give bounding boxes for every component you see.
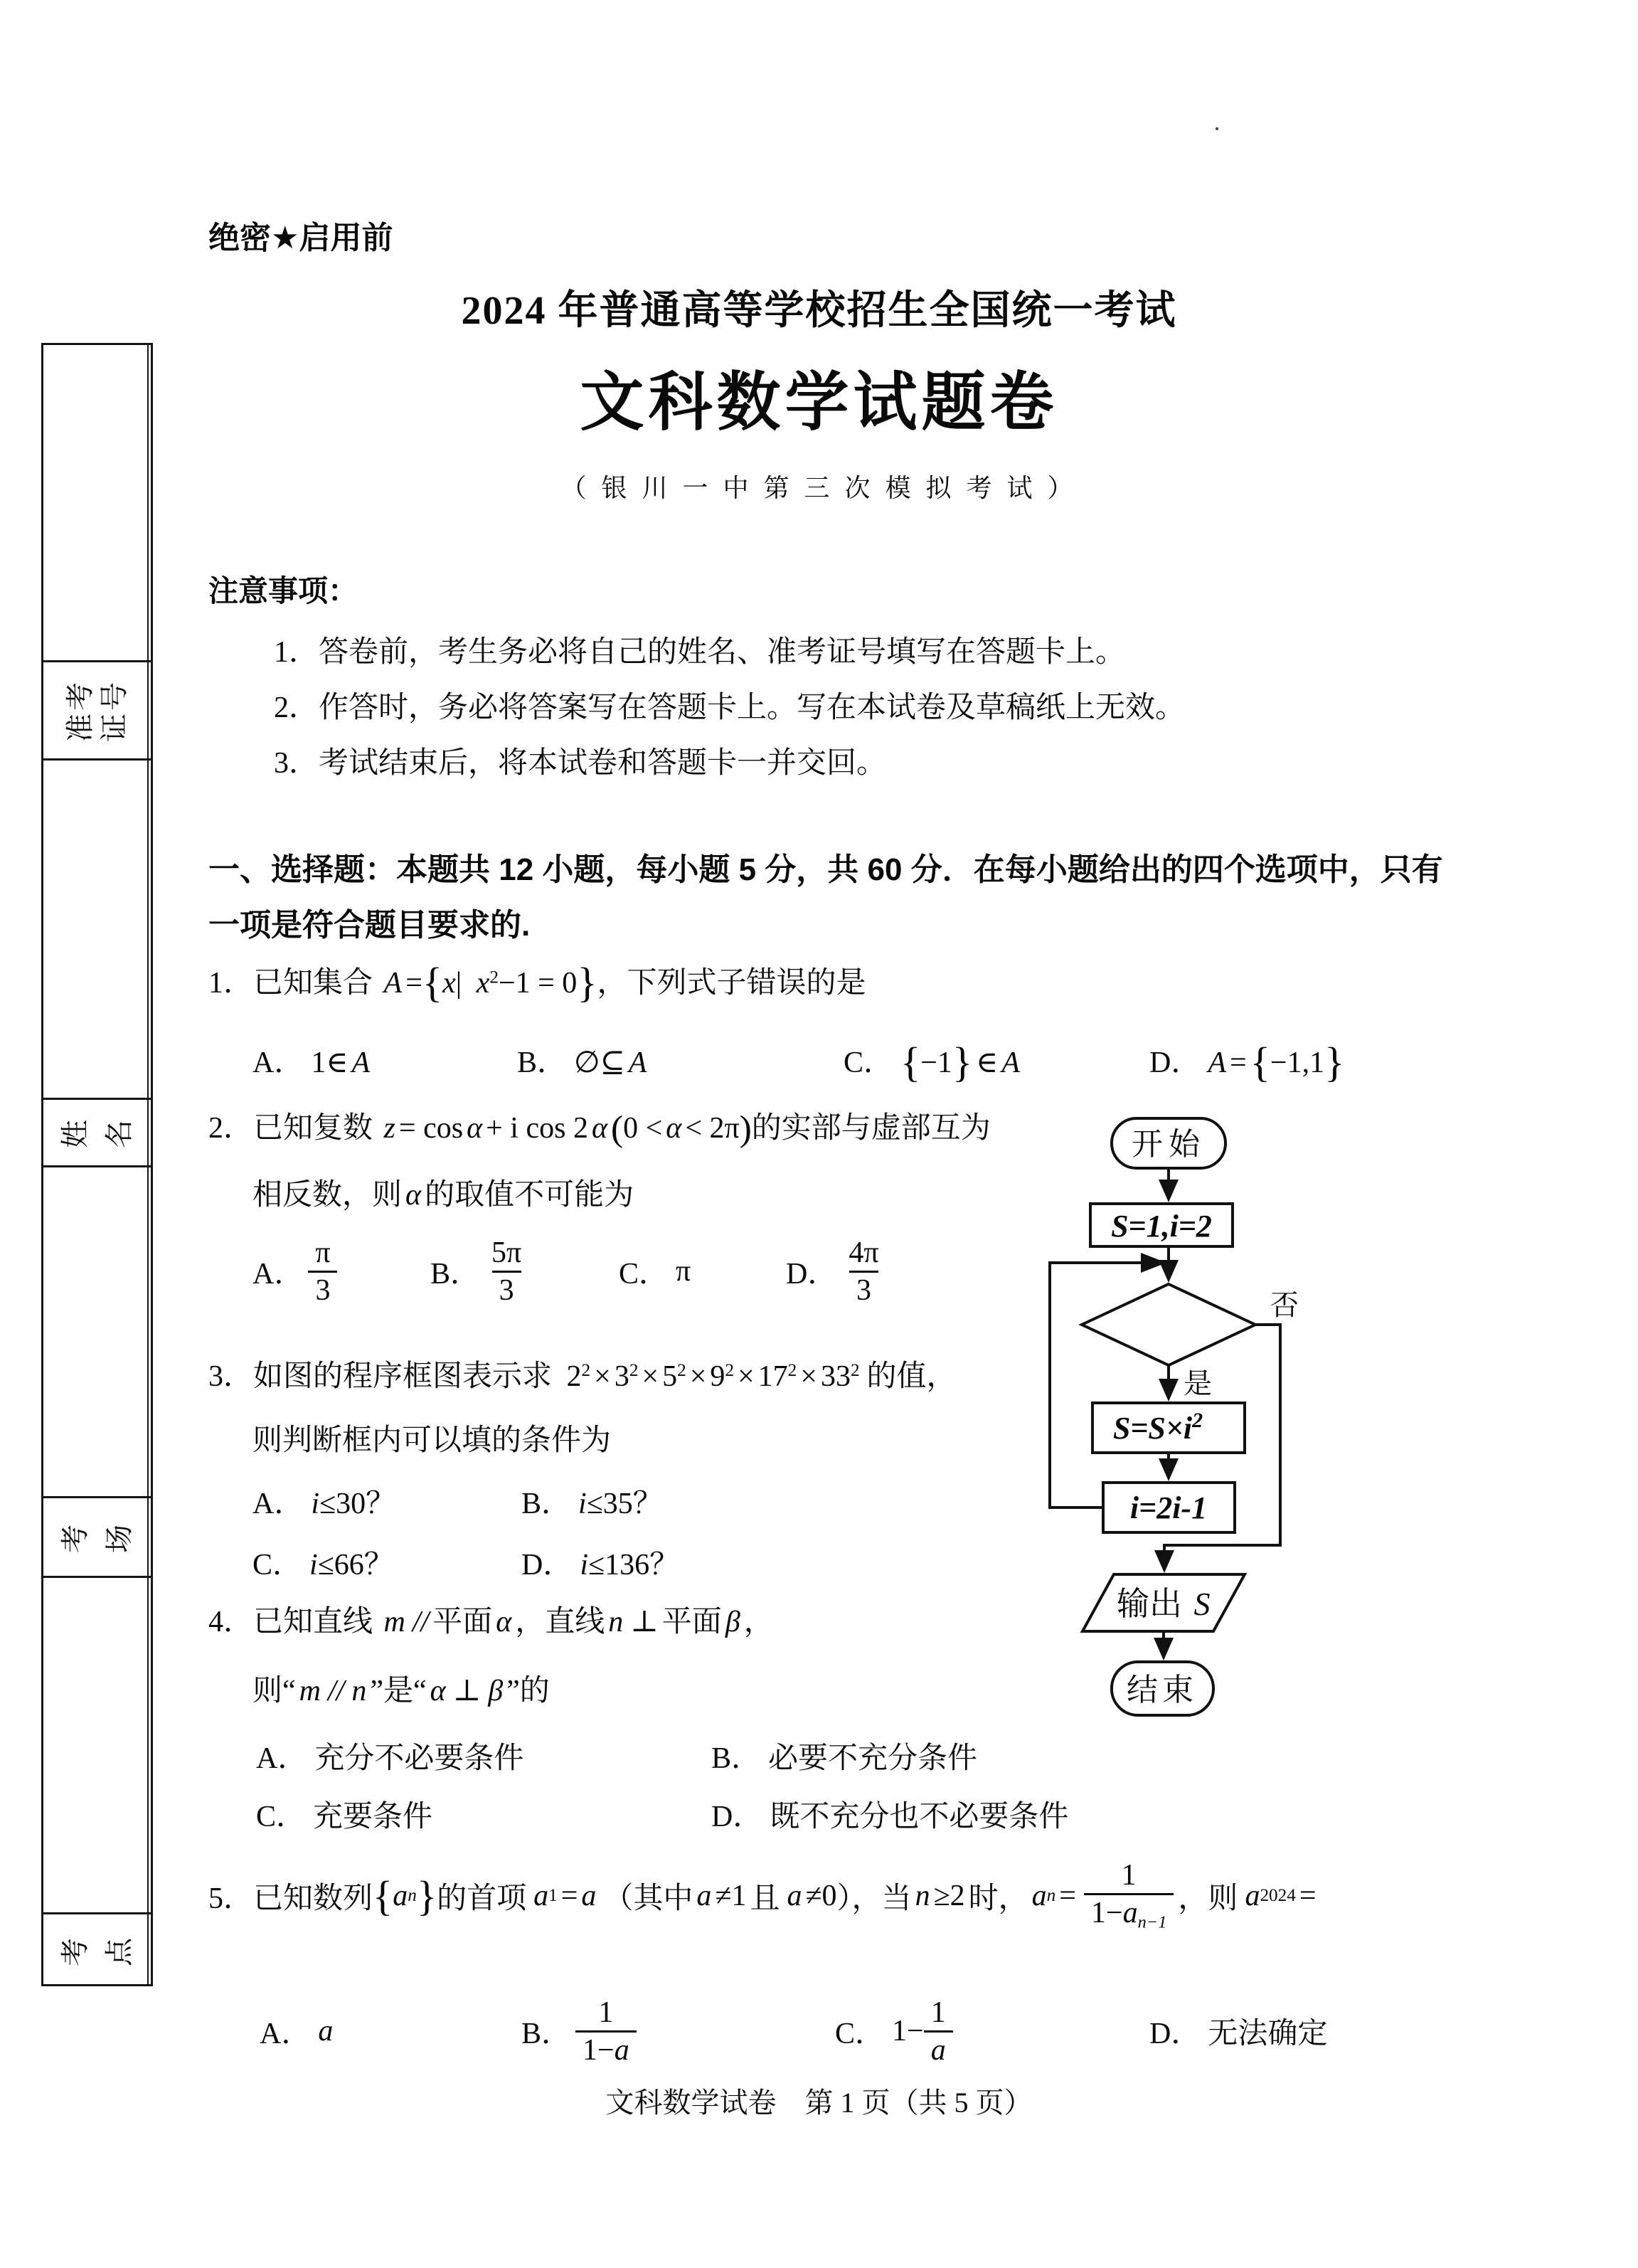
option-label: C．	[252, 1549, 302, 1581]
question-4-stem-line1: 4．已知直线 m//平面α，直线n⊥平面β，	[208, 1598, 774, 1641]
math-token: ，直线	[515, 1606, 605, 1638]
math-token: a	[581, 1879, 596, 1913]
option-label: A．	[256, 1742, 307, 1775]
fraction-numerator: 4π	[841, 1238, 886, 1271]
question-3-option-b: B．i≤35？	[521, 1480, 663, 1522]
math-token: )	[740, 1108, 752, 1149]
question-number: 1．	[208, 967, 253, 1000]
question-2-option-b: B． 5π3	[430, 1229, 533, 1313]
fraction: 1a	[924, 1998, 953, 2065]
math-token: （其中	[603, 1875, 693, 1917]
math-token: (	[611, 1108, 623, 1149]
question-3-option-d: D．i≤136？	[521, 1541, 679, 1584]
math-token: 则“	[252, 1675, 296, 1707]
math-token: {	[900, 1039, 920, 1086]
math-token: x	[477, 967, 490, 1000]
math-token: 0 <	[623, 1112, 662, 1145]
notice-item-1: 1．答卷前，考生务必将自己的姓名、准考证号填写在答题卡上。	[274, 628, 1125, 671]
exam-title: 2024 年普通高等学校招生全国统一考试	[0, 279, 1638, 336]
option-label: D．	[786, 1250, 837, 1293]
option-label: B．	[711, 1742, 761, 1775]
math-token: a	[1032, 1879, 1047, 1913]
math-token: 33	[821, 1360, 851, 1393]
math-token: 如图的程序框图表示求	[253, 1360, 552, 1393]
math-token: 的首项	[437, 1875, 526, 1917]
math-token: n	[351, 1675, 366, 1707]
seal-label-line: 考	[53, 1522, 97, 1553]
math-token: ≠0	[805, 1879, 836, 1913]
math-token: 2	[629, 1361, 639, 1380]
notice-item-3: 3．考试结束后，将本试卷和答题卡一并交回。	[274, 739, 886, 782]
math-token: −1 = 0	[499, 967, 577, 1000]
option-label: B．	[430, 1250, 480, 1293]
math-token: A	[1001, 1046, 1020, 1079]
seal-label-line: 场	[97, 1522, 142, 1553]
option-text: 充要条件	[313, 1801, 432, 1833]
flowchart-no-label: 否	[1270, 1289, 1299, 1321]
seal-label-line: 姓	[53, 1117, 97, 1148]
arrow-down-icon	[1159, 1379, 1179, 1401]
math-token: −1,1	[1270, 1046, 1324, 1079]
math-token: π	[676, 1254, 691, 1288]
math-token: 1−	[892, 2014, 924, 2048]
math-token: 已知集合	[253, 967, 373, 1000]
seal-label-line: 点	[97, 1935, 142, 1966]
fraction-numerator: π	[308, 1238, 337, 1271]
question-1-option-a: A．1∈A	[252, 1039, 373, 1081]
question-1-option-b: B．∅⊆A	[517, 1039, 650, 1081]
question-4-stem-line2: 则“m//n”是“α⊥β”的	[252, 1667, 550, 1710]
math-token: =	[1299, 1879, 1317, 1913]
math-token: ≠1	[715, 1879, 746, 1913]
option-label: C．	[835, 2010, 885, 2052]
math-token: 1−	[583, 2034, 615, 2067]
question-3-option-a: A．i≤30？	[252, 1480, 395, 1522]
math-token: α	[666, 1112, 681, 1145]
option-text: 充分不必要条件	[314, 1742, 523, 1775]
math-token: + i cos 2	[486, 1112, 588, 1145]
option-text: 既不充分也不必要条件	[770, 1801, 1068, 1833]
seal-label-line: 名	[97, 1117, 142, 1148]
math-token: x	[442, 967, 456, 1000]
option-label: C．	[256, 1801, 306, 1833]
math-token: ”是“	[370, 1675, 426, 1707]
math-token: 相反数，则	[252, 1179, 402, 1212]
math-token: n	[1047, 1886, 1056, 1906]
question-2-option-a: A． π3	[252, 1229, 342, 1313]
question-4-option-c: C．充要条件	[256, 1793, 432, 1835]
math-token: a	[533, 1879, 548, 1913]
option-label: A．	[260, 2010, 311, 2052]
math-token: 2	[567, 1360, 582, 1393]
question-number: 3．	[208, 1360, 253, 1393]
math-token: ，	[744, 1606, 774, 1638]
math-token: 2	[489, 968, 499, 987]
option-label: A．	[252, 1046, 304, 1079]
fraction: 5π3	[484, 1238, 528, 1305]
fraction: π3	[308, 1238, 337, 1305]
math-token: n	[608, 1606, 623, 1638]
option-label: A．	[252, 1488, 304, 1520]
seal-label-exam-site: 考 点	[43, 1912, 151, 1986]
math-token: i	[311, 1488, 319, 1520]
question-number: 2．	[208, 1112, 253, 1145]
math-token: a	[696, 1879, 711, 1913]
math-token: z	[384, 1112, 395, 1145]
math-token: =	[561, 1879, 578, 1913]
option-text: 必要不充分条件	[768, 1742, 977, 1775]
arrow-down-icon	[1154, 1550, 1174, 1573]
question-5-stem: 5．已知数列{an}的首项a1=a（其中a≠1且a≠0），当n≥2时，an=11…	[208, 1850, 1320, 1942]
option-label: B．	[521, 1488, 571, 1520]
math-token: α	[405, 1179, 421, 1212]
math-token: 9	[710, 1360, 725, 1393]
math-token: ⊥	[630, 1606, 659, 1638]
flowchart-diagram: 开始 S=1,i=2 否 是 S=S×i2 i=2i-1 输出 S 结束	[1024, 1101, 1330, 1734]
arrow-right-icon	[1141, 1253, 1166, 1273]
math-token: 2	[1191, 1409, 1203, 1432]
math-token: n	[915, 1879, 930, 1913]
math-token: ”的	[506, 1675, 550, 1707]
math-token: =	[1059, 1879, 1076, 1913]
math-token: ×	[738, 1360, 755, 1393]
notice-item-2: 2．作答时，务必将答案写在答题卡上。写在本试卷及草稿纸上无效。	[274, 684, 1185, 726]
math-token: }	[1324, 1039, 1344, 1086]
math-token: S=S×i	[1113, 1411, 1193, 1446]
math-token: α	[467, 1112, 482, 1145]
exam-paper-page: 绝密★启用前 · 2024 年普通高等学校招生全国统一考试 文科数学试题卷 （ …	[0, 0, 1638, 2268]
math-token: a	[615, 2034, 629, 2067]
flowchart-step2-label: i=2i-1	[1130, 1490, 1207, 1525]
math-token: //	[413, 1606, 429, 1638]
option-text: 无法确定	[1208, 2010, 1327, 2052]
arrow-down-icon	[1159, 1180, 1179, 1202]
math-token: a	[1123, 1897, 1138, 1929]
fraction-denominator: 3	[849, 1271, 878, 1305]
seal-label-line: 准考	[63, 679, 97, 742]
flowchart-yes-label: 是	[1184, 1367, 1212, 1399]
option-label: B．	[517, 1046, 567, 1079]
math-token: i	[309, 1549, 318, 1581]
math-token: 的取值不可能为	[425, 1179, 634, 1212]
math-token: {	[1250, 1039, 1270, 1086]
arrow-down-icon	[1154, 1638, 1174, 1660]
question-1-option-c: C．{−1}∈A	[844, 1039, 1020, 1086]
option-label: A．	[252, 1250, 304, 1293]
math-token: 已知复数	[253, 1112, 373, 1145]
fraction-denominator: a	[924, 2030, 953, 2065]
math-token: 3	[615, 1360, 629, 1393]
option-label: C．	[844, 1046, 893, 1079]
fraction: 11−an−1	[1084, 1860, 1174, 1931]
math-token: 2	[851, 1361, 860, 1380]
math-token: ×	[800, 1360, 817, 1393]
fraction-numerator: 5π	[484, 1238, 528, 1271]
math-token: m	[384, 1606, 405, 1638]
math-token: 1	[548, 1886, 558, 1906]
math-token: 时，	[969, 1875, 1028, 1917]
math-token: |	[456, 967, 462, 1000]
math-token: 平面	[662, 1606, 722, 1638]
question-4-option-d: D．既不充分也不必要条件	[711, 1793, 1068, 1835]
math-token: −1	[920, 1046, 952, 1079]
math-token: ×	[690, 1360, 707, 1393]
math-token: =	[1230, 1046, 1247, 1079]
math-token: A	[629, 1046, 647, 1079]
math-token: α	[592, 1112, 607, 1145]
math-token: i	[578, 1488, 587, 1520]
question-3-stem-line1: 3．如图的程序框图表示求 22×32×52×92×172×332的值，	[208, 1352, 957, 1395]
math-token: a	[393, 1879, 408, 1913]
math-token: A	[351, 1046, 370, 1079]
fraction: 4π3	[841, 1238, 886, 1305]
math-token: a	[318, 2014, 333, 2048]
seal-line-column: 准考 证号 姓 名 考 场 考 点	[41, 343, 153, 1986]
math-token: ×	[594, 1360, 611, 1393]
math-token: 2	[582, 1361, 591, 1380]
math-token: m	[299, 1675, 321, 1707]
fraction-numerator: 1	[924, 1998, 953, 2030]
question-5-option-d: D．无法确定	[1149, 1988, 1327, 2074]
question-1-option-d: D．A={−1,1}	[1149, 1039, 1344, 1086]
math-token: 的实部与虚部互为	[752, 1112, 991, 1145]
question-number: 5．	[208, 1875, 253, 1917]
math-token: 1−	[1091, 1897, 1123, 1929]
question-3-option-c: C．i≤66？	[252, 1541, 394, 1584]
math-token: {	[422, 960, 442, 1006]
math-token: 且	[750, 1875, 780, 1917]
math-token: ≤136？	[588, 1549, 679, 1581]
fraction-denominator: 3	[492, 1271, 521, 1305]
math-token: ∈	[976, 1046, 998, 1079]
question-2-stem-line2: 相反数，则α的取值不可能为	[252, 1171, 634, 1214]
math-token: n	[408, 1886, 417, 1906]
flowchart-decision-node	[1082, 1284, 1255, 1365]
math-token: 5	[662, 1360, 677, 1393]
math-token: 已知数列	[253, 1875, 373, 1917]
math-token: ∅⊆	[574, 1046, 625, 1079]
math-token: 2024	[1260, 1886, 1295, 1906]
math-token: = cos	[399, 1112, 463, 1145]
question-4-option-b: B．必要不充分条件	[711, 1734, 977, 1777]
seal-label-exam-room: 考 场	[43, 1496, 151, 1578]
math-token: 2	[788, 1361, 797, 1380]
flowchart-init-label: S=1,i=2	[1111, 1209, 1212, 1244]
fraction-denominator: 3	[308, 1271, 337, 1305]
math-token: i	[580, 1549, 588, 1581]
arrow-down-icon	[1159, 1458, 1179, 1481]
math-token: β	[488, 1675, 503, 1707]
math-token: < 2π	[685, 1112, 739, 1145]
question-5-option-b: B． 11−a	[521, 1988, 641, 2074]
flowchart-output-var: S	[1194, 1586, 1211, 1622]
question-2-option-d: D． 4π3	[786, 1229, 890, 1313]
flowchart-loop-path	[1050, 1263, 1141, 1507]
seal-label-line: 考	[53, 1935, 97, 1966]
math-token: A	[1208, 1046, 1226, 1079]
math-token: =	[405, 967, 422, 1000]
flowchart-output-label: 输出	[1117, 1586, 1182, 1622]
math-token: 平面	[432, 1606, 492, 1638]
math-token: 已知直线	[253, 1606, 373, 1638]
math-token: A	[384, 967, 403, 1000]
math-token: a	[787, 1879, 802, 1913]
question-2-stem-line1: 2．已知复数 z= cosα+ i cos 2α(0 <α< 2π)的实部与虚部…	[208, 1104, 991, 1150]
notice-heading: 注意事项：	[208, 568, 358, 610]
fraction-numerator: 1	[1115, 1860, 1144, 1893]
page-footer: 文科数学试卷 第 1 页（共 5 页）	[0, 2080, 1638, 2121]
math-token: ⊥	[453, 1675, 482, 1707]
math-token: {	[373, 1872, 393, 1920]
fraction: 11−a	[575, 1998, 637, 2065]
paper-title: 文科数学试题卷	[0, 350, 1638, 443]
math-token: ，则	[1178, 1875, 1238, 1917]
question-5-option-a: A．a	[260, 1988, 333, 2074]
section-heading-line1: 一、选择题：本题共 12 小题，每小题 5 分，共 60 分．在每小题给出的四个…	[208, 844, 1443, 889]
math-token: a	[1245, 1879, 1260, 1913]
math-token: β	[725, 1606, 740, 1638]
math-token: }	[417, 1872, 437, 1920]
seal-label-admission-number: 准考 证号	[43, 660, 151, 761]
option-label: D．	[711, 1801, 762, 1833]
question-5-option-c: C．1−1a	[835, 1988, 957, 2074]
math-token: α	[496, 1606, 511, 1638]
question-3-stem-line2: 则判断框内可以填的条件为	[252, 1416, 611, 1459]
corner-dot: ·	[1213, 114, 1221, 144]
math-token: n−1	[1138, 1912, 1167, 1931]
option-label: C．	[619, 1250, 669, 1293]
math-token: ×	[642, 1360, 659, 1393]
math-token: ≤30？	[319, 1488, 395, 1520]
paper-subtitle: （ 银 川 一 中 第 三 次 模 拟 考 试 ）	[0, 468, 1638, 504]
math-token: 2	[725, 1361, 734, 1380]
option-label: D．	[1149, 1046, 1201, 1079]
option-label: D．	[521, 1549, 573, 1581]
math-token: 的值，	[867, 1360, 957, 1393]
math-token: 1∈	[311, 1046, 348, 1079]
option-label: D．	[1149, 2010, 1201, 2052]
fraction-denominator: 1−an−1	[1084, 1893, 1174, 1931]
question-2-option-c: C． π	[619, 1229, 691, 1313]
security-classification: 绝密★启用前	[208, 212, 393, 258]
math-token: ≥2	[934, 1879, 965, 1913]
math-token: ，下列式子错误的是	[597, 967, 866, 1000]
math-token: 17	[758, 1360, 788, 1393]
flowchart-step1-label: S=S×i2	[1113, 1409, 1203, 1446]
math-token: }	[952, 1039, 972, 1086]
math-token: ），当	[837, 1875, 912, 1917]
fraction-denominator: 1−a	[575, 2030, 637, 2065]
math-token: ≤35？	[587, 1488, 663, 1520]
math-token: α	[430, 1675, 446, 1707]
question-number: 4．	[208, 1606, 253, 1638]
question-1-stem: 1．已知集合 A={x| x2−1 = 0}，下列式子错误的是	[208, 959, 866, 1007]
seal-label-name: 姓 名	[43, 1098, 151, 1167]
flowchart-end-label: 结束	[1127, 1673, 1198, 1707]
question-4-option-a: A．充分不必要条件	[256, 1734, 523, 1777]
math-token: }	[577, 960, 597, 1006]
option-label: B．	[521, 2010, 571, 2052]
section-heading-line2: 一项是符合题目要求的.	[208, 899, 530, 945]
flowchart-start-label: 开始	[1132, 1127, 1206, 1162]
seal-label-line: 证号	[97, 679, 132, 742]
fraction-numerator: 1	[591, 1998, 620, 2030]
math-token: ≤66？	[318, 1549, 394, 1581]
math-token: 2	[677, 1361, 686, 1380]
math-token: //	[328, 1675, 344, 1707]
